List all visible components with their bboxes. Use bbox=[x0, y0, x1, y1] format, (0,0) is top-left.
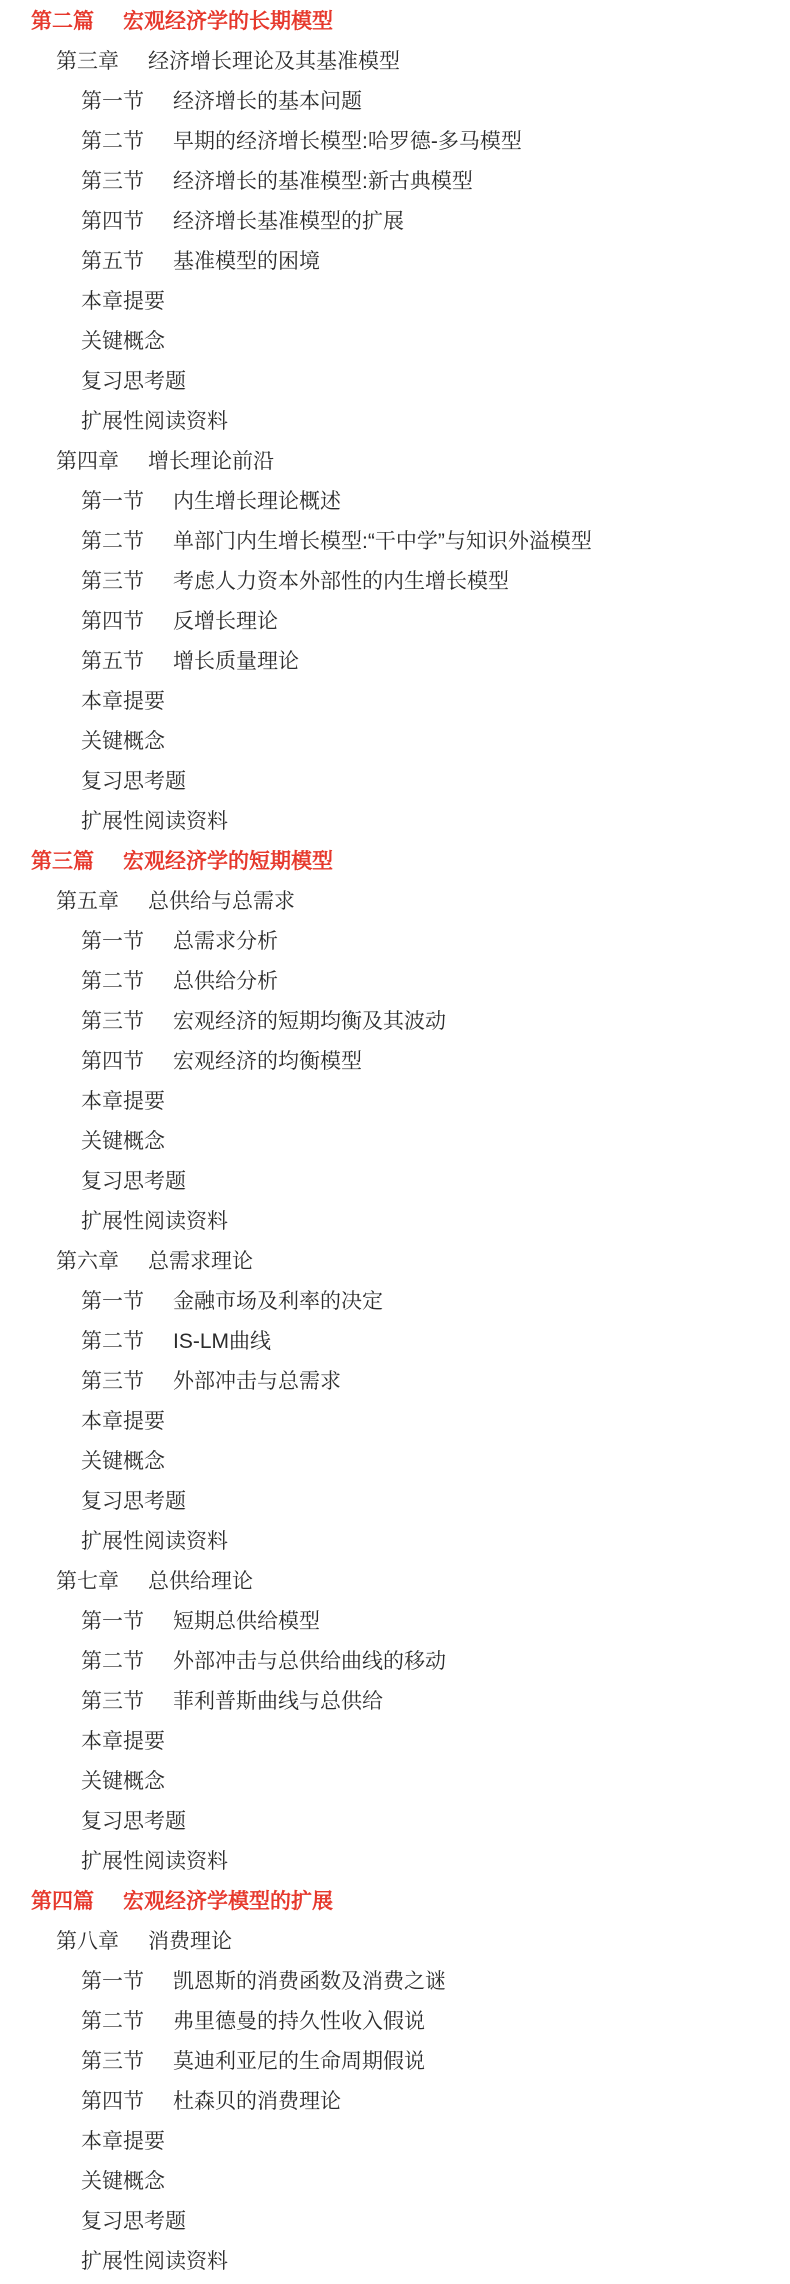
toc-item-number: 第四章 bbox=[56, 442, 119, 482]
toc-item-number: 第二篇 bbox=[31, 2, 94, 42]
toc-aux-item: 本章提要 bbox=[0, 1402, 790, 1442]
toc-section-item: 第四节杜森贝的消费理论 bbox=[0, 2082, 790, 2122]
toc-aux-item: 扩展性阅读资料 bbox=[0, 2242, 790, 2282]
toc-item-title: 扩展性阅读资料 bbox=[81, 2242, 228, 2282]
toc-item-number: 第一节 bbox=[81, 1282, 144, 1322]
toc-item-number: 第三节 bbox=[81, 1682, 144, 1722]
toc-item-title: 总需求理论 bbox=[148, 1242, 253, 1282]
toc-item-title: 菲利普斯曲线与总供给 bbox=[173, 1682, 383, 1722]
toc-aux-item: 扩展性阅读资料 bbox=[0, 402, 790, 442]
toc-item-number: 第四节 bbox=[81, 2082, 144, 2122]
toc-aux-item: 本章提要 bbox=[0, 1082, 790, 1122]
toc-item-number: 第六章 bbox=[56, 1242, 119, 1282]
toc-section-item: 第一节凯恩斯的消费函数及消费之谜 bbox=[0, 1962, 790, 2002]
toc-item-title: 经济增长理论及其基准模型 bbox=[148, 42, 400, 82]
toc-item-title: 增长质量理论 bbox=[173, 642, 299, 682]
toc-item-title: 扩展性阅读资料 bbox=[81, 802, 228, 842]
toc-item-number: 第一节 bbox=[81, 82, 144, 122]
toc-item-number: 第三节 bbox=[81, 1362, 144, 1402]
toc-item-title: 扩展性阅读资料 bbox=[81, 1522, 228, 1562]
toc-item-number: 第二节 bbox=[81, 122, 144, 162]
toc-item-number: 第一节 bbox=[81, 1962, 144, 2002]
toc-item-number: 第二节 bbox=[81, 1322, 144, 1362]
toc-aux-item: 本章提要 bbox=[0, 2122, 790, 2162]
toc-part-heading: 第二篇宏观经济学的长期模型 bbox=[0, 2, 790, 42]
toc-item-title: 关键概念 bbox=[81, 1442, 165, 1482]
toc-item-title: 早期的经济增长模型:哈罗德-多马模型 bbox=[173, 122, 522, 162]
toc-aux-item: 复习思考题 bbox=[0, 1162, 790, 1202]
toc-item-title: 本章提要 bbox=[81, 1722, 165, 1762]
toc-aux-item: 复习思考题 bbox=[0, 2202, 790, 2242]
toc-section-item: 第二节单部门内生增长模型:“干中学”与知识外溢模型 bbox=[0, 522, 790, 562]
toc-item-number: 第四节 bbox=[81, 1042, 144, 1082]
toc-section-item: 第一节内生增长理论概述 bbox=[0, 482, 790, 522]
toc-item-title: 关键概念 bbox=[81, 322, 165, 362]
toc-item-title: 本章提要 bbox=[81, 1402, 165, 1442]
toc-item-number: 第八章 bbox=[56, 1922, 119, 1962]
toc-item-title: 关键概念 bbox=[81, 722, 165, 762]
toc-aux-item: 本章提要 bbox=[0, 282, 790, 322]
toc-item-title: 内生增长理论概述 bbox=[173, 482, 341, 522]
toc-aux-item: 扩展性阅读资料 bbox=[0, 1202, 790, 1242]
toc-item-number: 第三节 bbox=[81, 162, 144, 202]
toc-aux-item: 本章提要 bbox=[0, 682, 790, 722]
toc-chapter-heading: 第三章经济增长理论及其基准模型 bbox=[0, 42, 790, 82]
toc-item-title: 扩展性阅读资料 bbox=[81, 1202, 228, 1242]
toc-item-number: 第四节 bbox=[81, 202, 144, 242]
toc-item-title: 扩展性阅读资料 bbox=[81, 1842, 228, 1882]
toc-section-item: 第五节增长质量理论 bbox=[0, 642, 790, 682]
toc-aux-item: 本章提要 bbox=[0, 1722, 790, 1762]
toc-section-item: 第一节金融市场及利率的决定 bbox=[0, 1282, 790, 1322]
toc-item-number: 第一节 bbox=[81, 482, 144, 522]
toc-part-heading: 第四篇宏观经济学模型的扩展 bbox=[0, 1882, 790, 1922]
toc-item-number: 第三节 bbox=[81, 1002, 144, 1042]
toc-item-number: 第一节 bbox=[81, 1602, 144, 1642]
toc-item-title: 弗里德曼的持久性收入假说 bbox=[173, 2002, 425, 2042]
toc-section-item: 第二节外部冲击与总供给曲线的移动 bbox=[0, 1642, 790, 1682]
toc-section-item: 第三节莫迪利亚尼的生命周期假说 bbox=[0, 2042, 790, 2082]
toc-item-title: 反增长理论 bbox=[173, 602, 278, 642]
toc-aux-item: 扩展性阅读资料 bbox=[0, 802, 790, 842]
toc-section-item: 第一节总需求分析 bbox=[0, 922, 790, 962]
toc-item-title: 经济增长基准模型的扩展 bbox=[173, 202, 404, 242]
toc-section-item: 第三节外部冲击与总需求 bbox=[0, 1362, 790, 1402]
toc-item-title: 复习思考题 bbox=[81, 1802, 186, 1842]
toc-item-title: 复习思考题 bbox=[81, 1482, 186, 1522]
toc-item-title: 复习思考题 bbox=[81, 362, 186, 402]
toc-aux-item: 关键概念 bbox=[0, 1122, 790, 1162]
toc-section-item: 第三节考虑人力资本外部性的内生增长模型 bbox=[0, 562, 790, 602]
toc-item-number: 第三篇 bbox=[31, 842, 94, 882]
toc-item-title: 总需求分析 bbox=[173, 922, 278, 962]
toc-item-number: 第五节 bbox=[81, 642, 144, 682]
toc-chapter-heading: 第七章总供给理论 bbox=[0, 1562, 790, 1602]
toc-section-item: 第二节弗里德曼的持久性收入假说 bbox=[0, 2002, 790, 2042]
toc-section-item: 第四节经济增长基准模型的扩展 bbox=[0, 202, 790, 242]
toc-item-number: 第五章 bbox=[56, 882, 119, 922]
toc-item-title: 增长理论前沿 bbox=[148, 442, 274, 482]
toc-item-number: 第四篇 bbox=[31, 1882, 94, 1922]
toc-item-number: 第三节 bbox=[81, 2042, 144, 2082]
toc-aux-item: 关键概念 bbox=[0, 1442, 790, 1482]
toc-section-item: 第二节IS-LM曲线 bbox=[0, 1322, 790, 1362]
toc-aux-item: 复习思考题 bbox=[0, 362, 790, 402]
toc-item-title: 复习思考题 bbox=[81, 1162, 186, 1202]
toc-item-title: 金融市场及利率的决定 bbox=[173, 1282, 383, 1322]
toc-item-number: 第二节 bbox=[81, 962, 144, 1002]
toc-aux-item: 关键概念 bbox=[0, 2162, 790, 2202]
toc-item-title: 外部冲击与总需求 bbox=[173, 1362, 341, 1402]
toc-item-number: 第三节 bbox=[81, 562, 144, 602]
toc-aux-item: 关键概念 bbox=[0, 322, 790, 362]
toc-aux-item: 关键概念 bbox=[0, 1762, 790, 1802]
toc-section-item: 第四节反增长理论 bbox=[0, 602, 790, 642]
toc-item-title: 宏观经济的均衡模型 bbox=[173, 1042, 362, 1082]
toc-item-title: 本章提要 bbox=[81, 682, 165, 722]
toc-item-title: 消费理论 bbox=[148, 1922, 232, 1962]
toc-part-heading: 第三篇宏观经济学的短期模型 bbox=[0, 842, 790, 882]
toc-item-title: 经济增长的基本问题 bbox=[173, 82, 362, 122]
toc-section-item: 第二节总供给分析 bbox=[0, 962, 790, 1002]
toc-section-item: 第一节经济增长的基本问题 bbox=[0, 82, 790, 122]
table-of-contents: 第二篇宏观经济学的长期模型第三章经济增长理论及其基准模型第一节经济增长的基本问题… bbox=[0, 0, 790, 2282]
toc-item-number: 第七章 bbox=[56, 1562, 119, 1602]
toc-item-title: 宏观经济学的短期模型 bbox=[123, 842, 333, 882]
toc-item-title: 关键概念 bbox=[81, 1762, 165, 1802]
toc-item-title: 宏观经济学的长期模型 bbox=[123, 2, 333, 42]
toc-chapter-heading: 第八章消费理论 bbox=[0, 1922, 790, 1962]
toc-item-title: 复习思考题 bbox=[81, 762, 186, 802]
toc-item-number: 第二节 bbox=[81, 522, 144, 562]
toc-item-title: 考虑人力资本外部性的内生增长模型 bbox=[173, 562, 509, 602]
toc-aux-item: 复习思考题 bbox=[0, 762, 790, 802]
toc-aux-item: 复习思考题 bbox=[0, 1802, 790, 1842]
toc-item-title: 总供给分析 bbox=[173, 962, 278, 1002]
toc-section-item: 第三节经济增长的基准模型:新古典模型 bbox=[0, 162, 790, 202]
toc-chapter-heading: 第六章总需求理论 bbox=[0, 1242, 790, 1282]
toc-section-item: 第一节短期总供给模型 bbox=[0, 1602, 790, 1642]
toc-item-title: 关键概念 bbox=[81, 2162, 165, 2202]
toc-item-title: 外部冲击与总供给曲线的移动 bbox=[173, 1642, 446, 1682]
toc-item-title: 凯恩斯的消费函数及消费之谜 bbox=[173, 1962, 446, 2002]
toc-item-title: 宏观经济学模型的扩展 bbox=[123, 1882, 333, 1922]
toc-aux-item: 复习思考题 bbox=[0, 1482, 790, 1522]
toc-chapter-heading: 第五章总供给与总需求 bbox=[0, 882, 790, 922]
toc-item-title: 总供给与总需求 bbox=[148, 882, 295, 922]
toc-item-number: 第二节 bbox=[81, 1642, 144, 1682]
toc-item-title: 经济增长的基准模型:新古典模型 bbox=[173, 162, 473, 202]
toc-aux-item: 扩展性阅读资料 bbox=[0, 1842, 790, 1882]
toc-section-item: 第三节宏观经济的短期均衡及其波动 bbox=[0, 1002, 790, 1042]
toc-item-title: 扩展性阅读资料 bbox=[81, 402, 228, 442]
toc-item-title: 总供给理论 bbox=[148, 1562, 253, 1602]
toc-item-title: 本章提要 bbox=[81, 1082, 165, 1122]
toc-item-number: 第五节 bbox=[81, 242, 144, 282]
toc-item-title: 单部门内生增长模型:“干中学”与知识外溢模型 bbox=[173, 522, 592, 562]
toc-item-title: 关键概念 bbox=[81, 1122, 165, 1162]
toc-section-item: 第三节菲利普斯曲线与总供给 bbox=[0, 1682, 790, 1722]
toc-item-number: 第四节 bbox=[81, 602, 144, 642]
toc-chapter-heading: 第四章增长理论前沿 bbox=[0, 442, 790, 482]
toc-item-title: 基准模型的困境 bbox=[173, 242, 320, 282]
toc-item-title: 本章提要 bbox=[81, 2122, 165, 2162]
toc-item-title: IS-LM曲线 bbox=[173, 1322, 271, 1362]
toc-item-title: 本章提要 bbox=[81, 282, 165, 322]
toc-section-item: 第四节宏观经济的均衡模型 bbox=[0, 1042, 790, 1082]
toc-section-item: 第二节早期的经济增长模型:哈罗德-多马模型 bbox=[0, 122, 790, 162]
toc-aux-item: 关键概念 bbox=[0, 722, 790, 762]
toc-aux-item: 扩展性阅读资料 bbox=[0, 1522, 790, 1562]
toc-item-title: 莫迪利亚尼的生命周期假说 bbox=[173, 2042, 425, 2082]
toc-item-number: 第一节 bbox=[81, 922, 144, 962]
toc-item-title: 短期总供给模型 bbox=[173, 1602, 320, 1642]
toc-item-number: 第二节 bbox=[81, 2002, 144, 2042]
toc-item-title: 宏观经济的短期均衡及其波动 bbox=[173, 1002, 446, 1042]
toc-item-number: 第三章 bbox=[56, 42, 119, 82]
toc-section-item: 第五节基准模型的困境 bbox=[0, 242, 790, 282]
toc-item-title: 复习思考题 bbox=[81, 2202, 186, 2242]
toc-item-title: 杜森贝的消费理论 bbox=[173, 2082, 341, 2122]
